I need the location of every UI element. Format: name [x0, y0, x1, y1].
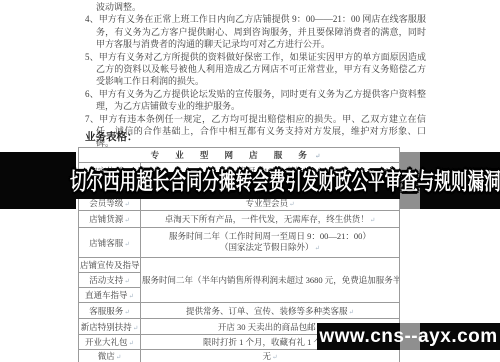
clause-text: 甲方有义务在正常上班工作日内向乙方店铺提供 9：00——21：00 网店在线客服… [96, 14, 426, 49]
clause-item-6: 6、甲方有义务为乙方提供论坛发贴的宣传服务，同时更有义务为乙方提供客户资料整理，… [85, 88, 426, 113]
clause-item-5: 5、甲方有义务对乙方所提供的资料做好保密工作，如果证实因甲方的单方面原因造成乙方… [85, 51, 426, 88]
clause-number: 4、 [85, 14, 99, 24]
contract-text-block: 波动调整。 4、甲方有义务在正常上班工作日内向乙方店铺提供 9：00——21：0… [85, 1, 426, 150]
table-row: 客服服务 提供常务、订单、宣传、装修等多种类客服 [79, 303, 400, 319]
clause-number: 6、 [85, 89, 99, 99]
table-row: 店铺宣传及指导 服务时间二年（半年内销售所得利润未超过 3680 元，免费追加服… [79, 258, 400, 273]
clause-number: 7、 [85, 114, 99, 124]
watermark-text: www.cns--ayx.com [317, 323, 500, 350]
row-label: 直通车指导 [79, 288, 141, 303]
row-value: 服务时间二年（工作时间周一至周日 9：00—21：00）（国家法定节假日除外） [141, 228, 400, 258]
banner-headline-text: 切尔西用超长合同分摊转会费引发财政公平审查与规则漏洞之争升级 [70, 168, 430, 194]
row-value: 提供常务、订单、宣传、装修等多种类客服 [141, 303, 400, 319]
table-row: 店铺货源 卓淘天下所有产品，一件代发，无需库存，终生供货！ [79, 211, 400, 228]
section-label: 业务表格： [85, 129, 138, 144]
clause-text: 甲方有义务对乙方所提供的资料做好保密工作，如果证实因甲方的单方面原因造成乙方的资… [96, 52, 426, 87]
intro-line: 波动调整。 [85, 1, 426, 13]
clause-text: 甲方有义务为乙方提供论坛发贴的宣传服务，同时更有义务为乙方提供客户资料整理，为乙… [96, 89, 426, 111]
row-label: 开业大礼包 [79, 335, 141, 350]
row-value-merged: 服务时间二年（半年内销售所得利润未超过 3680 元，免费追加服务半年） [141, 258, 400, 303]
row-value: 卓淘天下所有产品，一件代发，无需库存，终生供货！ [141, 211, 400, 228]
row-label: 微店 [79, 350, 141, 362]
table-row: 微店 无 [79, 350, 400, 362]
row-label: 店铺货源 [79, 211, 141, 228]
clause-item-4: 4、甲方有义务在正常上班工作日内向乙方店铺提供 9：00——21：00 网店在线… [85, 13, 426, 50]
row-label: 店铺客服 [79, 228, 141, 258]
table-row: 店铺客服 服务时间二年（工作时间周一至周日 9：00—21：00）（国家法定节假… [79, 228, 400, 258]
row-label: 活动支持 [79, 273, 141, 288]
headline-banner: 切尔西用超长合同分摊转会费引发财政公平审查与规则漏洞之争升级 [0, 152, 500, 209]
row-label: 客服服务 [79, 303, 141, 319]
row-label: 新店特别扶持 [79, 319, 141, 335]
watermark: www.cns--ayx.com [317, 323, 500, 350]
row-label: 店铺宣传及指导 [79, 258, 141, 273]
clause-number: 5、 [85, 52, 99, 62]
row-value: 无 [141, 350, 400, 362]
clause-text: 甲方有违本条例任一规定，乙方均可提出赔偿相应的损失。甲、乙双方建立在信任、诚信的… [96, 114, 426, 149]
document-page: 波动调整。 4、甲方有义务在正常上班工作日内向乙方店铺提供 9：00——21：0… [0, 0, 500, 362]
banner-left-block [0, 152, 76, 209]
